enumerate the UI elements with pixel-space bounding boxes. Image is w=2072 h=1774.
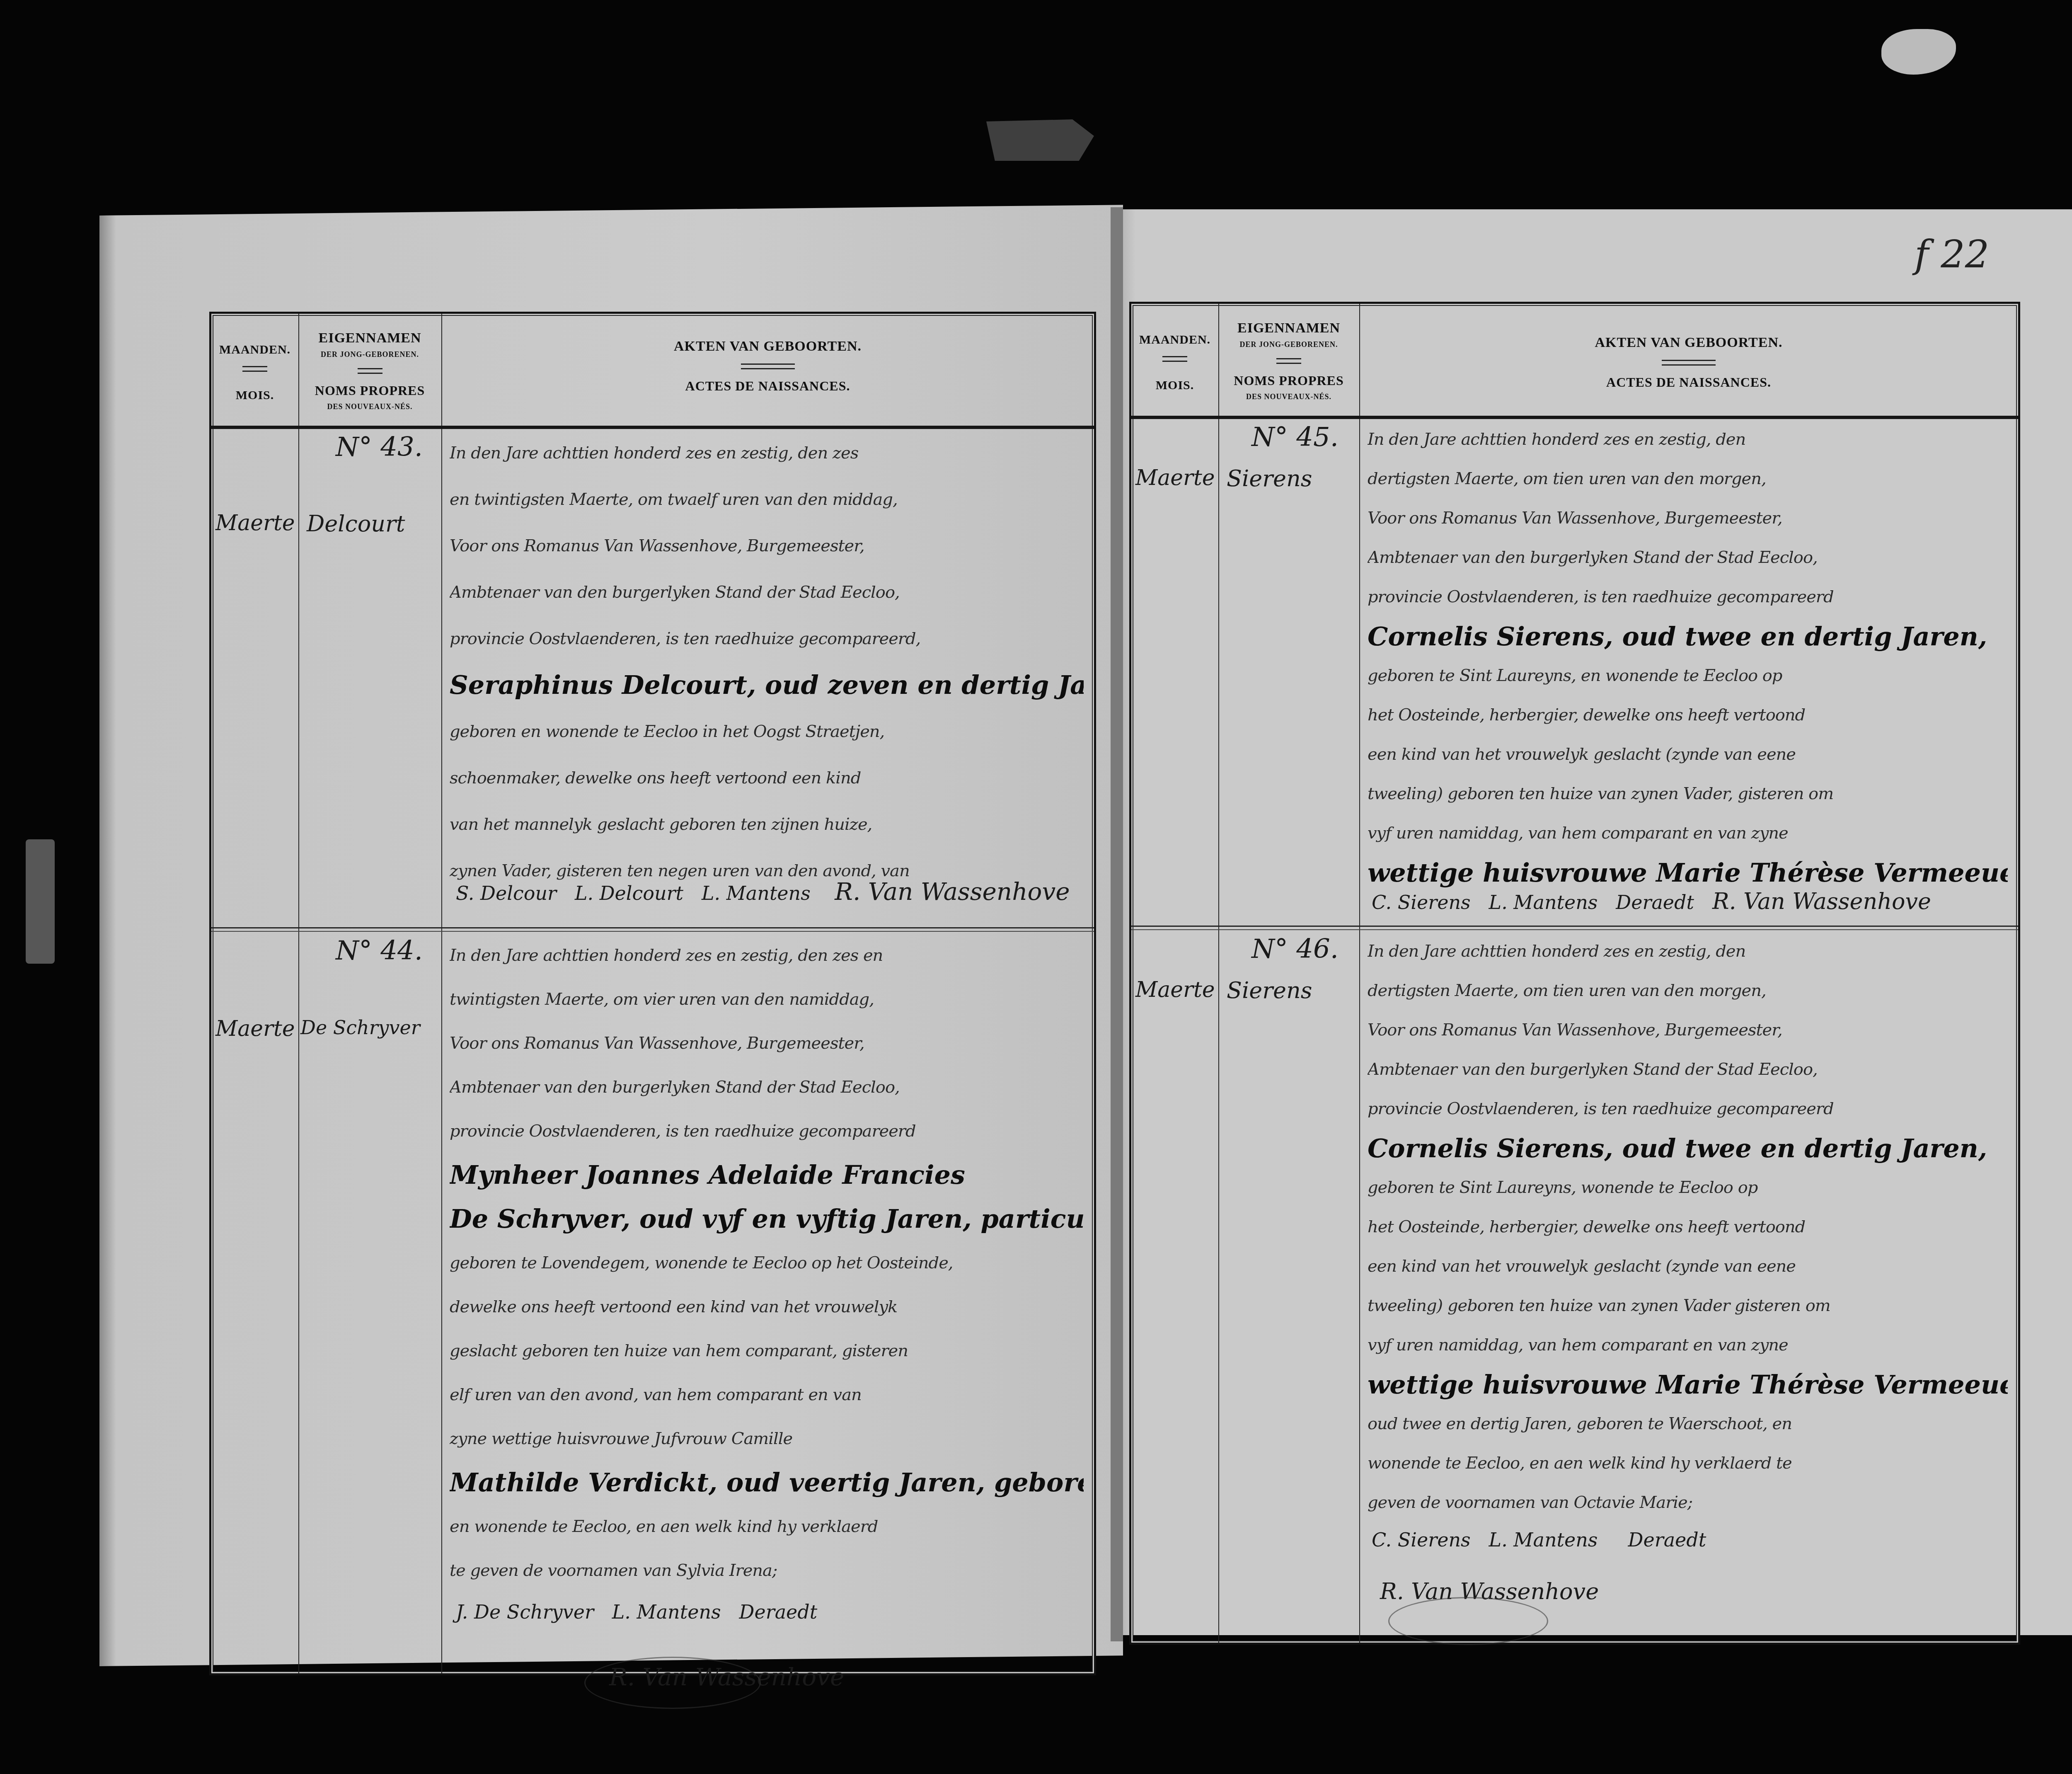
entry-month: Maerte xyxy=(1135,465,1215,490)
signature-mayor: R. Van Wassenhove xyxy=(1712,888,1931,914)
entry-month: Maerte xyxy=(215,1016,295,1041)
signature: J. De Schryver xyxy=(456,1601,594,1623)
header-month-fr: MOIS. xyxy=(211,388,298,402)
text-line: een kind van het vrouwelyk geslacht (zyn… xyxy=(1368,1247,2008,1286)
text-line: dertigsten Maerte, om tien uren van den … xyxy=(1368,459,2008,499)
text-line-declarant: Seraphinus Delcourt, oud zeven en dertig… xyxy=(450,662,1084,708)
text-line: Ambtenaer van den burgerlyken Stand der … xyxy=(1368,538,2008,577)
header-acts-fr: ACTES DE NAISSANCES. xyxy=(441,378,1094,394)
entry-surname: Sierens xyxy=(1227,465,1312,492)
text-line: en twintigsten Maerte, om twaelf uren va… xyxy=(450,476,1084,523)
double-rule xyxy=(358,368,382,374)
text-line: elf uren van den avond, van hem comparan… xyxy=(450,1373,1084,1417)
signature-mayor: R. Van Wassenhove xyxy=(835,877,1070,906)
signature: L. Mantens xyxy=(1489,891,1598,914)
entry-surname: Delcourt xyxy=(307,511,405,537)
header-month-fr: MOIS. xyxy=(1131,378,1218,393)
entry-signatures: C. Sierens L. Mantens Deraedt xyxy=(1372,1529,1706,1551)
entry-surname: De Schryver xyxy=(300,1016,420,1039)
signature: C. Sierens xyxy=(1372,891,1471,914)
entry-body: In den Jare achttien honderd zes en zest… xyxy=(1368,420,2008,892)
text-line: van het mannelyk geslacht geboren ten zi… xyxy=(450,801,1084,848)
register-entry: N° 44. Maerte De Schryver In den Jare ac… xyxy=(211,933,1094,1638)
text-line: geboren te Sint Laureyns, en wonende te … xyxy=(1368,656,2008,696)
bookmark-tab xyxy=(986,119,1094,161)
entry-separator xyxy=(211,927,1094,932)
text-line: tweeling) geboren ten huize van zynen Va… xyxy=(1368,1286,2008,1326)
text-line: oud twee en dertig Jaren, geboren te Wae… xyxy=(1368,1404,2008,1444)
header-names-nl-sub: DER JONG-GEBORENEN. xyxy=(1218,340,1359,349)
signature: Deraedt xyxy=(1628,1529,1706,1551)
text-line-declarant: Mynheer Joannes Adelaide Francies xyxy=(450,1153,1084,1197)
entry-number: N° 45. xyxy=(1251,422,1339,453)
text-line: geboren en wonende te Eecloo in het Oogs… xyxy=(450,708,1084,755)
header-acts-fr: ACTES DE NAISSANCES. xyxy=(1359,375,2018,390)
signature: L. Mantens xyxy=(702,882,811,904)
text-line: In den Jare achttien honderd zes en zest… xyxy=(450,430,1084,476)
double-rule xyxy=(741,364,795,369)
text-line: geboren te Lovendegem, wonende te Eecloo… xyxy=(450,1241,1084,1285)
table-header: MAANDEN. MOIS. EIGENNAMEN DER JONG-GEBOR… xyxy=(211,314,1094,429)
double-rule xyxy=(1662,360,1716,366)
text-line: In den Jare achttien honderd zes en zest… xyxy=(1368,932,2008,971)
entry-body: In den Jare achttien honderd zes en zest… xyxy=(1368,932,2008,1522)
text-line-child: te geven de voornamen van Sylvia Irena; xyxy=(450,1549,1084,1592)
left-edge-tab xyxy=(26,839,55,964)
signature: S. Delcour xyxy=(456,882,557,904)
header-names: EIGENNAMEN DER JONG-GEBORENEN. NOMS PROP… xyxy=(1218,304,1359,432)
text-line: In den Jare achttien honderd zes en zest… xyxy=(1368,420,2008,459)
header-acts-nl: AKTEN VAN GEBOORTEN. xyxy=(1359,335,2018,351)
signature: C. Sierens xyxy=(1372,1529,1471,1551)
entry-month: Maerte xyxy=(215,511,295,536)
table-header: MAANDEN. MOIS. EIGENNAMEN DER JONG-GEBOR… xyxy=(1131,304,2018,419)
double-rule xyxy=(1276,358,1301,364)
header-month-nl: MAANDEN. xyxy=(1131,333,1218,347)
text-line-child: geven de voornamen van Octavie Marie; xyxy=(1368,1483,2008,1522)
text-line: het Oosteinde, herbergier, dewelke ons h… xyxy=(1368,1207,2008,1247)
header-names-fr: NOMS PROPRES xyxy=(298,383,441,398)
text-line: en wonende te Eecloo, en aen welk kind h… xyxy=(450,1505,1084,1549)
text-line: een kind van het vrouwelyk geslacht (zyn… xyxy=(1368,735,2008,774)
header-names-nl-sub: DER JONG-GEBORENEN. xyxy=(298,350,441,359)
header-names-fr-sub: DES NOUVEAUX-NÉS. xyxy=(298,402,441,411)
scan-artifact xyxy=(1881,29,1956,75)
text-line: wonende te Eecloo, en aen welk kind hy v… xyxy=(1368,1444,2008,1483)
text-line: twintigsten Maerte, om vier uren van den… xyxy=(450,977,1084,1021)
entry-month: Maerte xyxy=(1135,977,1215,1002)
text-line: schoenmaker, dewelke ons heeft vertoond … xyxy=(450,755,1084,801)
text-line: provincie Oostvlaenderen, is ten raedhui… xyxy=(450,1109,1084,1153)
signature: Deraedt xyxy=(739,1601,818,1623)
header-names-fr: NOMS PROPRES xyxy=(1218,373,1359,388)
text-line: geslacht geboren ten huize van hem compa… xyxy=(450,1329,1084,1373)
header-names: EIGENNAMEN DER JONG-GEBORENEN. NOMS PROP… xyxy=(298,314,441,442)
book-gutter xyxy=(1111,207,1123,1641)
folio-number: f 22 xyxy=(1915,232,1989,276)
text-line-declarant: Cornelis Sierens, oud twee en dertig Jar… xyxy=(1368,617,2008,656)
entry-number: N° 44. xyxy=(336,935,423,966)
text-line: Ambtenaer van den burgerlyken Stand der … xyxy=(450,1065,1084,1109)
right-register-table: MAANDEN. MOIS. EIGENNAMEN DER JONG-GEBOR… xyxy=(1129,302,2020,1645)
text-line: vyf uren namiddag, van hem comparant en … xyxy=(1368,814,2008,853)
text-line: In den Jare achttien honderd zes en zest… xyxy=(450,933,1084,977)
text-line: provincie Oostvlaenderen, is ten raedhui… xyxy=(1368,577,2008,617)
entry-separator xyxy=(1131,926,2018,930)
text-line: Ambtenaer van den burgerlyken Stand der … xyxy=(450,569,1084,616)
text-line: dertigsten Maerte, om tien uren van den … xyxy=(1368,971,2008,1011)
entry-body: In den Jare achttien honderd zes en zest… xyxy=(450,430,1084,894)
entry-signatures: C. Sierens L. Mantens Deraedt R. Van Was… xyxy=(1372,888,1931,914)
text-line-declarant: De Schryver, oud vyf en vyftig Jaren, pa… xyxy=(450,1197,1084,1241)
header-month-nl: MAANDEN. xyxy=(211,343,298,357)
text-line: zyne wettige huisvrouwe Jufvrouw Camille xyxy=(450,1417,1084,1461)
entry-number: N° 43. xyxy=(336,432,423,463)
text-line-declarant: Cornelis Sierens, oud twee en dertig Jar… xyxy=(1368,1129,2008,1168)
text-line: geboren te Sint Laureyns, wonende te Eec… xyxy=(1368,1168,2008,1207)
text-line: Voor ons Romanus Van Wassenhove, Burgeme… xyxy=(450,523,1084,569)
signature: L. Delcourt xyxy=(575,882,683,904)
text-line: vyf uren namiddag, van hem comparant en … xyxy=(1368,1326,2008,1365)
text-line-mother: wettige huisvrouwe Marie Thérèse Vermeeu… xyxy=(1368,1365,2008,1404)
header-names-nl: EIGENNAMEN xyxy=(1218,320,1359,336)
signature-flourish xyxy=(1388,1597,1548,1645)
signature: Deraedt xyxy=(1616,891,1694,914)
entry-signatures: S. Delcour L. Delcourt L. Mantens R. Van… xyxy=(456,877,1070,906)
text-line: tweeling) geboren ten huize van zynen Va… xyxy=(1368,774,2008,814)
entry-signatures: J. De Schryver L. Mantens Deraedt xyxy=(456,1601,817,1623)
header-acts-nl: AKTEN VAN GEBOORTEN. xyxy=(441,339,1094,354)
double-rule xyxy=(1162,356,1187,362)
entry-surname: Sierens xyxy=(1227,977,1312,1003)
signature: L. Mantens xyxy=(612,1601,721,1623)
text-line: dewelke ons heeft vertoond een kind van … xyxy=(450,1285,1084,1329)
entry-body: In den Jare achttien honderd zes en zest… xyxy=(450,933,1084,1592)
left-register-table: MAANDEN. MOIS. EIGENNAMEN DER JONG-GEBOR… xyxy=(209,312,1096,1675)
text-line: het Oosteinde, herbergier, dewelke ons h… xyxy=(1368,696,2008,735)
text-line: Voor ons Romanus Van Wassenhove, Burgeme… xyxy=(1368,499,2008,538)
double-rule xyxy=(242,366,267,372)
register-entry: N° 45. Maerte Sierens In den Jare achtti… xyxy=(1131,420,2018,913)
text-line: Voor ons Romanus Van Wassenhove, Burgeme… xyxy=(1368,1011,2008,1050)
signature: L. Mantens xyxy=(1489,1529,1598,1551)
entry-number: N° 46. xyxy=(1251,934,1339,965)
register-entry: N° 46. Maerte Sierens In den Jare achtti… xyxy=(1131,932,2018,1595)
register-entry: N° 43. Maerte Delcourt In den Jare achtt… xyxy=(211,430,1094,923)
text-line-mother: Mathilde Verdickt, oud veertig Jaren, ge… xyxy=(450,1461,1084,1505)
header-names-nl: EIGENNAMEN xyxy=(298,330,441,346)
text-line: provincie Oostvlaenderen, is ten raedhui… xyxy=(450,616,1084,662)
header-names-fr-sub: DES NOUVEAUX-NÉS. xyxy=(1218,393,1359,401)
text-line: Ambtenaer van den burgerlyken Stand der … xyxy=(1368,1050,2008,1089)
text-line: provincie Oostvlaenderen, is ten raedhui… xyxy=(1368,1089,2008,1129)
text-line: Voor ons Romanus Van Wassenhove, Burgeme… xyxy=(450,1021,1084,1065)
signature-flourish xyxy=(584,1657,761,1709)
text-line-mother: wettige huisvrouwe Marie Thérèse Vermeeu… xyxy=(1368,853,2008,892)
